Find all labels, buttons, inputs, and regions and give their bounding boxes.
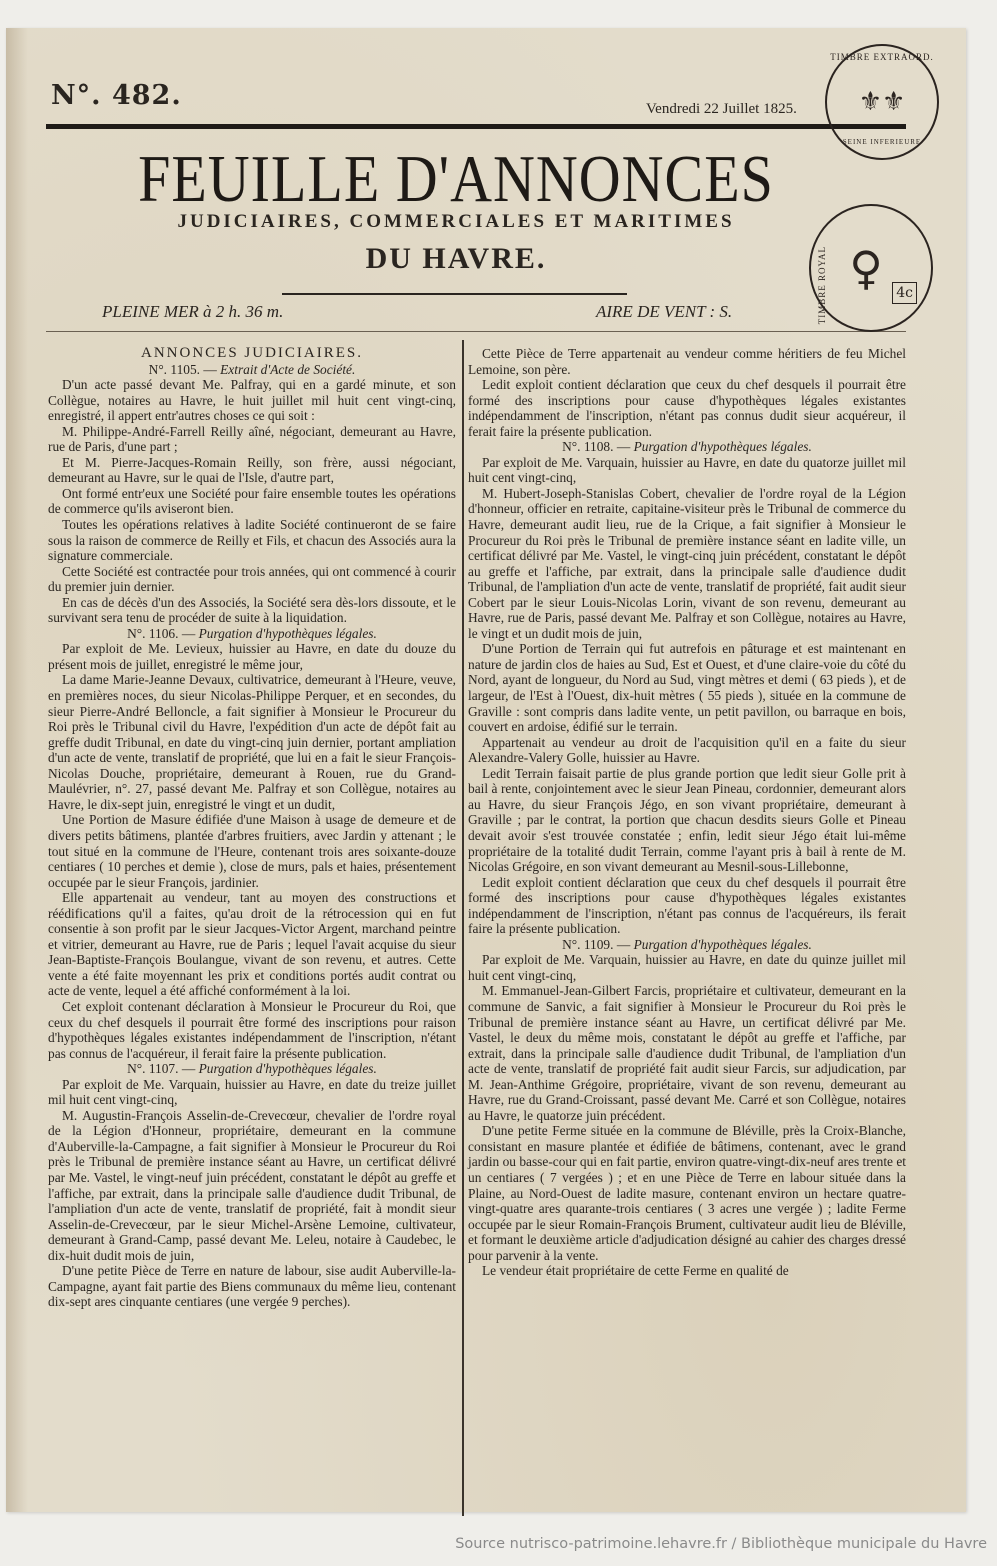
- notice-paragraph: Ont formé entr'eux une Société pour fair…: [48, 486, 456, 517]
- stamp-ring-text: TIMBRE ROYAL: [817, 246, 827, 324]
- notice-1106: N°. 1106. — Purgation d'hypothèques léga…: [48, 626, 456, 1061]
- issue-number: N°. 482.: [51, 80, 182, 111]
- stamp-bottom-text: SEINE INFERIEURE: [843, 138, 921, 146]
- notice-title: Purgation d'hypothèques légales.: [634, 937, 812, 952]
- notice-paragraph: Par exploit de Me. Varquain, huissier au…: [468, 455, 906, 486]
- notice-1107-continuation: Cette Pièce de Terre appartenait au vend…: [468, 346, 906, 439]
- notice-paragraph: La dame Marie-Jeanne Devaux, cultivatric…: [48, 672, 456, 812]
- section-title: ANNONCES JUDICIAIRES.: [48, 346, 456, 362]
- notice-1105: N°. 1105. — Extrait d'Acte de Société. D…: [48, 362, 456, 626]
- notice-number: N°. 1108. —: [562, 439, 630, 454]
- title-rule: [282, 293, 627, 295]
- notice-paragraph: Par exploit de Me. Varquain, huissier au…: [48, 1077, 456, 1108]
- notice-title: Purgation d'hypothèques légales.: [199, 626, 377, 641]
- column-divider: [462, 340, 464, 1516]
- notice-heading: N°. 1106. — Purgation d'hypothèques léga…: [48, 626, 456, 642]
- tax-stamp-extraordinary: TIMBRE EXTRAORD. ⚜⚜ SEINE INFERIEURE: [825, 44, 939, 160]
- notice-paragraph: Ledit Terrain faisait partie de plus gra…: [468, 766, 906, 875]
- notice-paragraph: Et M. Pierre-Jacques-Romain Reilly, son …: [48, 455, 456, 486]
- notice-paragraph: D'une petite Ferme située en la commune …: [468, 1123, 906, 1263]
- header-separator: [46, 331, 906, 332]
- newspaper-subtitle: JUDICIAIRES, COMMERCIALES ET MARITIMES: [6, 211, 906, 233]
- wind-info: AIRE DE VENT : S.: [596, 302, 732, 322]
- notice-paragraph: Une Portion de Masure édifiée d'une Mais…: [48, 812, 456, 890]
- notice-number: N°. 1105. —: [149, 362, 217, 377]
- notice-paragraph: Cet exploit contenant déclaration à Mons…: [48, 999, 456, 1061]
- notice-number: N°. 1109. —: [562, 937, 630, 952]
- allegorical-figure-icon: ♀: [849, 241, 883, 295]
- notice-paragraph: M. Hubert-Joseph-Stanislas Cobert, cheva…: [468, 486, 906, 641]
- notice-title: Purgation d'hypothèques légales.: [199, 1061, 377, 1076]
- notice-heading: N°. 1107. — Purgation d'hypothèques léga…: [48, 1061, 456, 1077]
- fleur-de-lis-icon: ⚜⚜: [859, 87, 906, 117]
- notice-1108: N°. 1108. — Purgation d'hypothèques léga…: [468, 439, 906, 937]
- notice-paragraph: M. Augustin-François Asselin-de-Crevecœu…: [48, 1108, 456, 1263]
- newspaper-title: FEUILLE D'ANNONCES: [6, 140, 906, 217]
- right-column: Cette Pièce de Terre appartenait au vend…: [468, 346, 906, 1279]
- notice-paragraph: M. Philippe-André-Farrell Reilly aîné, n…: [48, 424, 456, 455]
- notice-paragraph: Appartenait au vendeur au droit de l'acq…: [468, 735, 906, 766]
- left-column: ANNONCES JUDICIAIRES. N°. 1105. — Extrai…: [48, 346, 456, 1310]
- notice-title: Extrait d'Acte de Société.: [220, 362, 355, 377]
- notice-paragraph: D'un acte passé devant Me. Palfray, qui …: [48, 377, 456, 424]
- notice-paragraph: Cette Société est contractée pour trois …: [48, 564, 456, 595]
- source-credit: Source nutrisco-patrimoine.lehavre.fr / …: [455, 1536, 987, 1552]
- notice-number: N°. 1106. —: [127, 626, 195, 641]
- notice-1107: N°. 1107. — Purgation d'hypothèques léga…: [48, 1061, 456, 1310]
- notice-paragraph: D'une Portion de Terrain qui fut autrefo…: [468, 641, 906, 734]
- newspaper-page: N°. 482. Vendredi 22 Juillet 1825. FEUIL…: [6, 28, 966, 1512]
- notice-paragraph: Ledit exploit contient déclaration que c…: [468, 875, 906, 937]
- notice-heading: N°. 1109. — Purgation d'hypothèques léga…: [468, 937, 906, 953]
- issue-date: Vendredi 22 Juillet 1825.: [646, 101, 797, 118]
- stamp-value: 4c: [892, 282, 917, 304]
- tax-stamp-royal: TIMBRE ROYAL ♀ 4c: [809, 204, 933, 332]
- notice-paragraph: En cas de décès d'un des Associés, la So…: [48, 595, 456, 626]
- tide-info: PLEINE MER à 2 h. 36 m.: [102, 302, 283, 322]
- notice-paragraph: D'une petite Pièce de Terre en nature de…: [48, 1263, 456, 1310]
- notice-number: N°. 1107. —: [127, 1061, 195, 1076]
- notice-paragraph: Ledit exploit contient déclaration que c…: [468, 377, 906, 439]
- notice-title: Purgation d'hypothèques légales.: [634, 439, 812, 454]
- stamp-ring-text: TIMBRE EXTRAORD.: [830, 52, 934, 62]
- notice-paragraph: Par exploit de Me. Levieux, huissier au …: [48, 641, 456, 672]
- notice-paragraph: Par exploit de Me. Varquain, huissier au…: [468, 952, 906, 983]
- notice-paragraph: Elle appartenait au vendeur, tant au moy…: [48, 890, 456, 999]
- masthead-rule: [46, 124, 906, 129]
- notice-paragraph: Cette Pièce de Terre appartenait au vend…: [468, 346, 906, 377]
- notice-paragraph: M. Emmanuel-Jean-Gilbert Farcis, proprié…: [468, 983, 906, 1123]
- notice-heading: N°. 1105. — Extrait d'Acte de Société.: [48, 362, 456, 378]
- notice-paragraph: Toutes les opérations relatives à ladite…: [48, 517, 456, 564]
- notice-paragraph: Le vendeur était propriétaire de cette F…: [468, 1263, 906, 1279]
- notice-heading: N°. 1108. — Purgation d'hypothèques léga…: [468, 439, 906, 455]
- newspaper-city: DU HAVRE.: [6, 242, 906, 276]
- notice-1109: N°. 1109. — Purgation d'hypothèques léga…: [468, 937, 906, 1279]
